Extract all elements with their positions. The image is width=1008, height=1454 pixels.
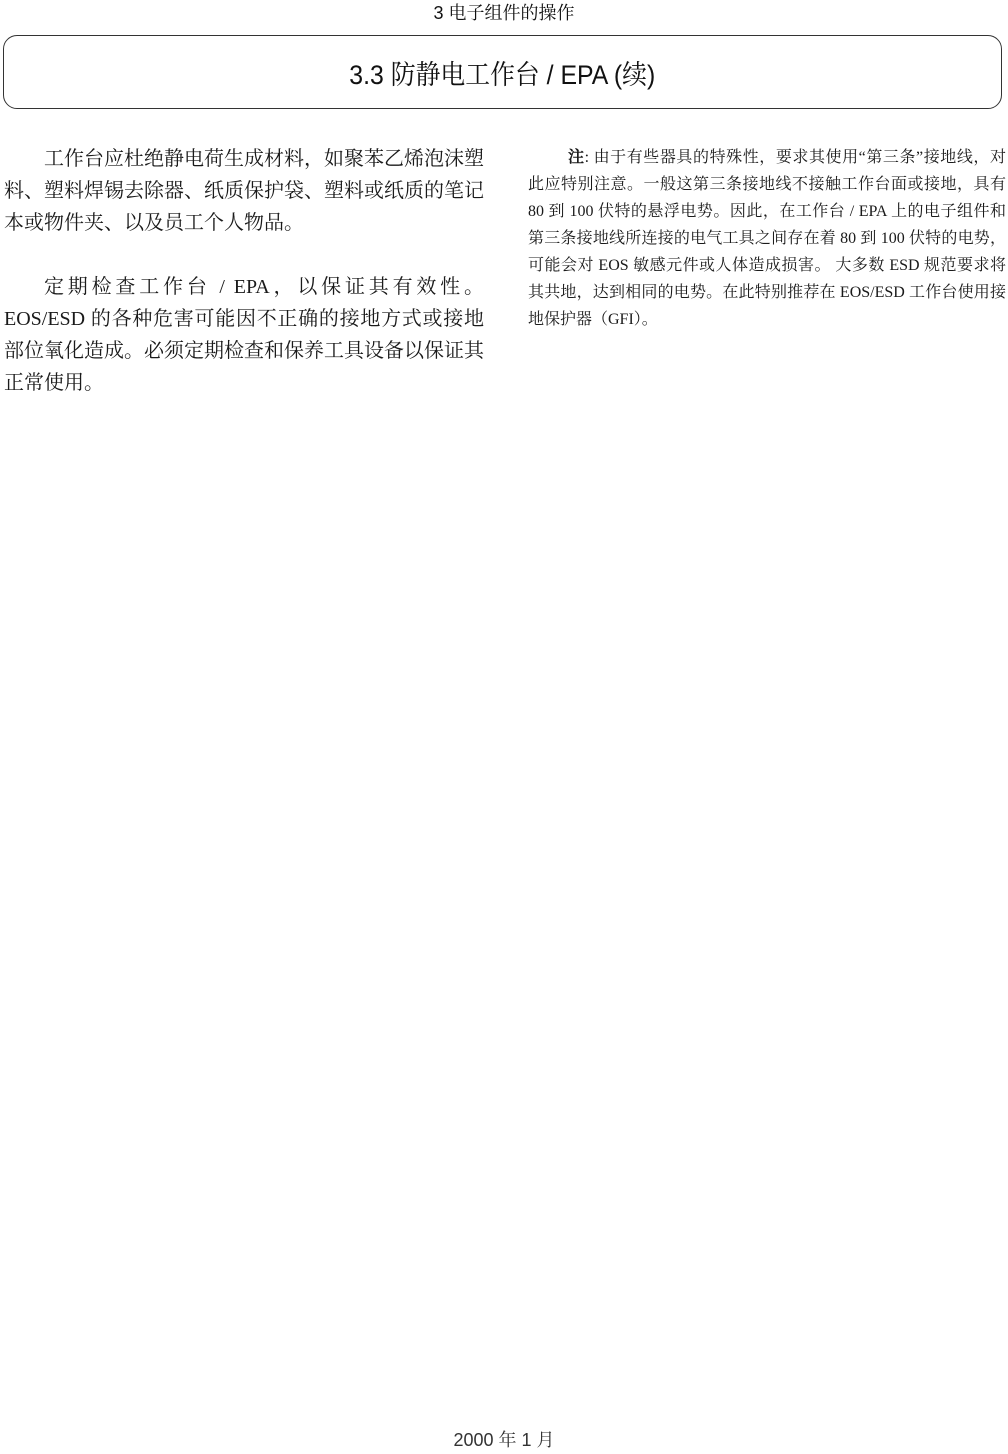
note-paragraph: 注: 由于有些器具的特殊性，要求其使用“第三条”接地线，对此应特别注意。一般这第… bbox=[528, 144, 1006, 333]
note-text: : 由于有些器具的特殊性，要求其使用“第三条”接地线，对此应特别注意。一般这第三… bbox=[528, 149, 1006, 328]
paragraph-periodic-inspection: 定期检查工作台 / EPA，以保证其有效性。 EOS/ESD 的各种危害可能因不… bbox=[4, 271, 484, 399]
right-column: 注: 由于有些器具的特殊性，要求其使用“第三条”接地线，对此应特别注意。一般这第… bbox=[528, 144, 1006, 333]
footer-date: 2000 年 1 月 bbox=[0, 1428, 1008, 1452]
left-column: 工作台应杜绝静电荷生成材料，如聚苯乙烯泡沫塑料、塑料焊锡去除器、纸质保护袋、塑料… bbox=[4, 143, 484, 431]
section-title: 3.3 防静电工作台 / EPA (续) bbox=[350, 53, 656, 92]
section-title-box: 3.3 防静电工作台 / EPA (续) bbox=[3, 35, 1002, 109]
running-header: 3 电子组件的操作 bbox=[0, 0, 1008, 28]
note-label: 注 bbox=[568, 149, 585, 166]
paragraph-workstation-materials: 工作台应杜绝静电荷生成材料，如聚苯乙烯泡沫塑料、塑料焊锡去除器、纸质保护袋、塑料… bbox=[4, 143, 484, 239]
